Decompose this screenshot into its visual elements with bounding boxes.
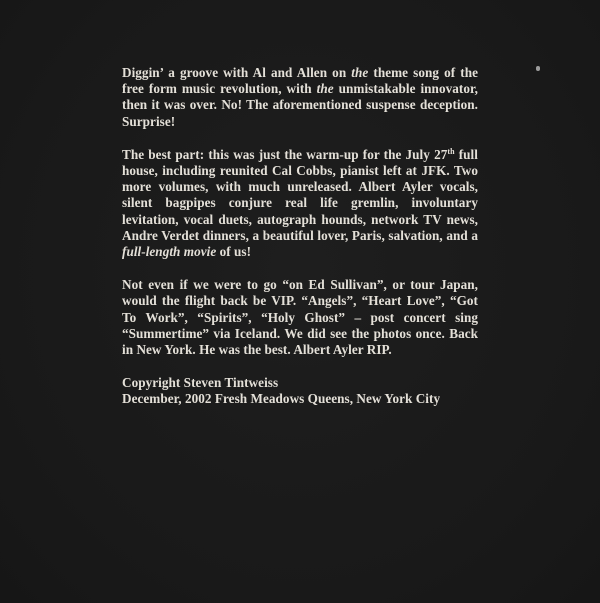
text-run: of us! (216, 244, 251, 259)
text-run: Not even if we were to go “on Ed Sulliva… (122, 277, 478, 357)
text-run: Diggin’ a groove with Al and Allen on (122, 65, 351, 80)
dust-speck (536, 66, 540, 71)
paragraph-3: Not even if we were to go “on Ed Sulliva… (122, 277, 478, 358)
date-place-line: December, 2002 Fresh Meadows Queens, New… (122, 391, 478, 407)
paragraph-1: Diggin’ a groove with Al and Allen on th… (122, 65, 478, 130)
paragraph-2: The best part: this was just the warm-up… (122, 147, 478, 260)
italic-text: full-length movie (122, 244, 216, 259)
superscript: th (447, 147, 454, 156)
liner-notes-text: Diggin’ a groove with Al and Allen on th… (122, 65, 478, 408)
italic-text: the (351, 65, 368, 80)
liner-notes-page: Diggin’ a groove with Al and Allen on th… (0, 0, 600, 603)
text-run: The best part: this was just the warm-up… (122, 147, 447, 162)
italic-text: the (317, 81, 334, 96)
copyright-line: Copyright Steven Tintweiss (122, 375, 478, 391)
